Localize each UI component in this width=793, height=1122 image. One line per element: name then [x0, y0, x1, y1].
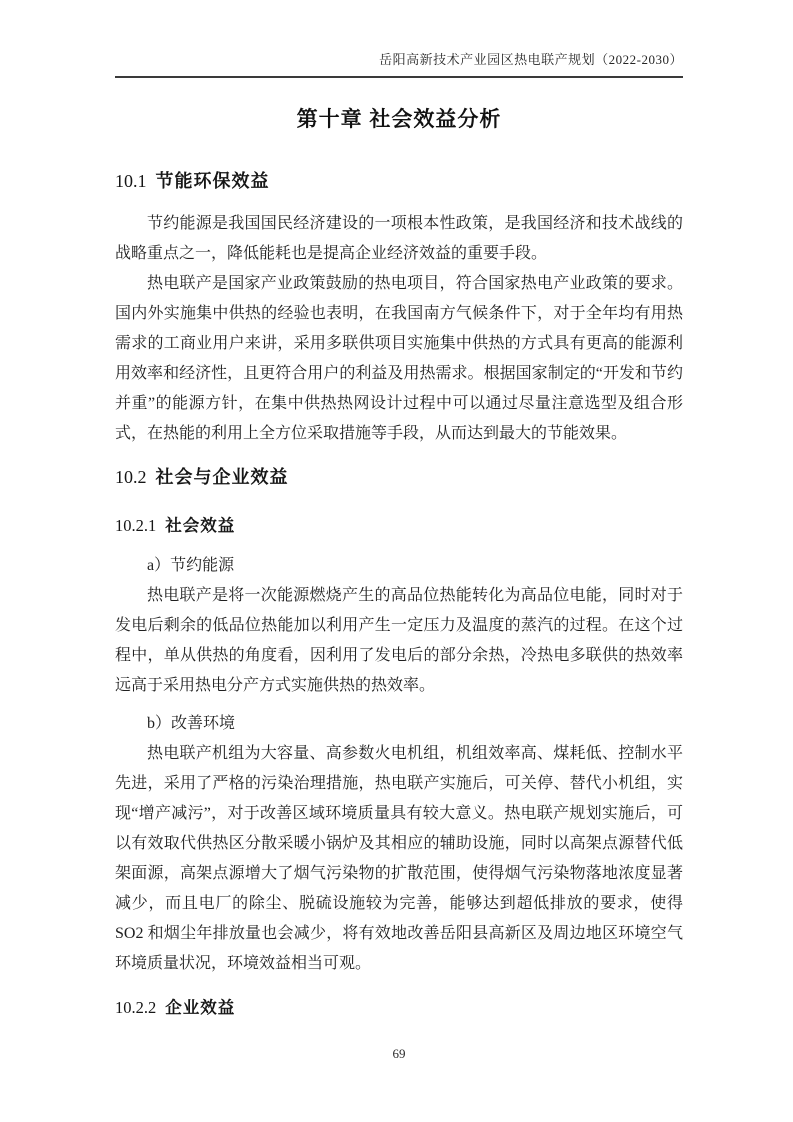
- item-a-label: a）节约能源: [115, 551, 683, 581]
- page-footer: 69: [115, 1045, 683, 1063]
- paragraph-10-1-a: 节约能源是我国国民经济建设的一项根本性政策，是我国经济和技术战线的战略重点之一，…: [115, 209, 683, 269]
- section-10-2-2-title: 企业效益: [165, 999, 235, 1017]
- section-10-2-2-number: 10.2.2: [115, 998, 156, 1017]
- page-number: 69: [393, 1046, 406, 1061]
- page-header: 岳阳高新技术产业园区热电联产规划（2022-2030）: [115, 50, 683, 78]
- section-heading-10-2-1: 10.2.1社会效益: [115, 515, 683, 537]
- section-10-2-1-number: 10.2.1: [115, 516, 156, 535]
- section-10-2-number: 10.2: [115, 467, 147, 487]
- section-heading-10-2-2: 10.2.2企业效益: [115, 997, 683, 1019]
- chapter-title: 第十章 社会效益分析: [115, 104, 683, 136]
- section-10-2-title: 社会与企业效益: [156, 467, 289, 487]
- section-10-1-number: 10.1: [115, 171, 147, 191]
- paragraph-item-b: 热电联产机组为大容量、高参数火电机组，机组效率高、煤耗低、控制水平先进，采用了严…: [115, 739, 683, 979]
- section-10-1-title: 节能环保效益: [156, 171, 270, 191]
- item-b-label: b）改善环境: [115, 709, 683, 739]
- document-page: 岳阳高新技术产业园区热电联产规划（2022-2030） 第十章 社会效益分析 1…: [0, 0, 793, 1122]
- paragraph-10-1-b: 热电联产是国家产业政策鼓励的热电项目，符合国家热电产业政策的要求。国内外实施集中…: [115, 269, 683, 449]
- paragraph-item-a: 热电联产是将一次能源燃烧产生的高品位热能转化为高品位电能，同时对于发电后剩余的低…: [115, 581, 683, 701]
- section-heading-10-2: 10.2社会与企业效益: [115, 465, 683, 489]
- section-heading-10-1: 10.1节能环保效益: [115, 169, 683, 193]
- section-10-2-1-title: 社会效益: [165, 517, 235, 535]
- page-header-title: 岳阳高新技术产业园区热电联产规划（2022-2030）: [379, 52, 683, 67]
